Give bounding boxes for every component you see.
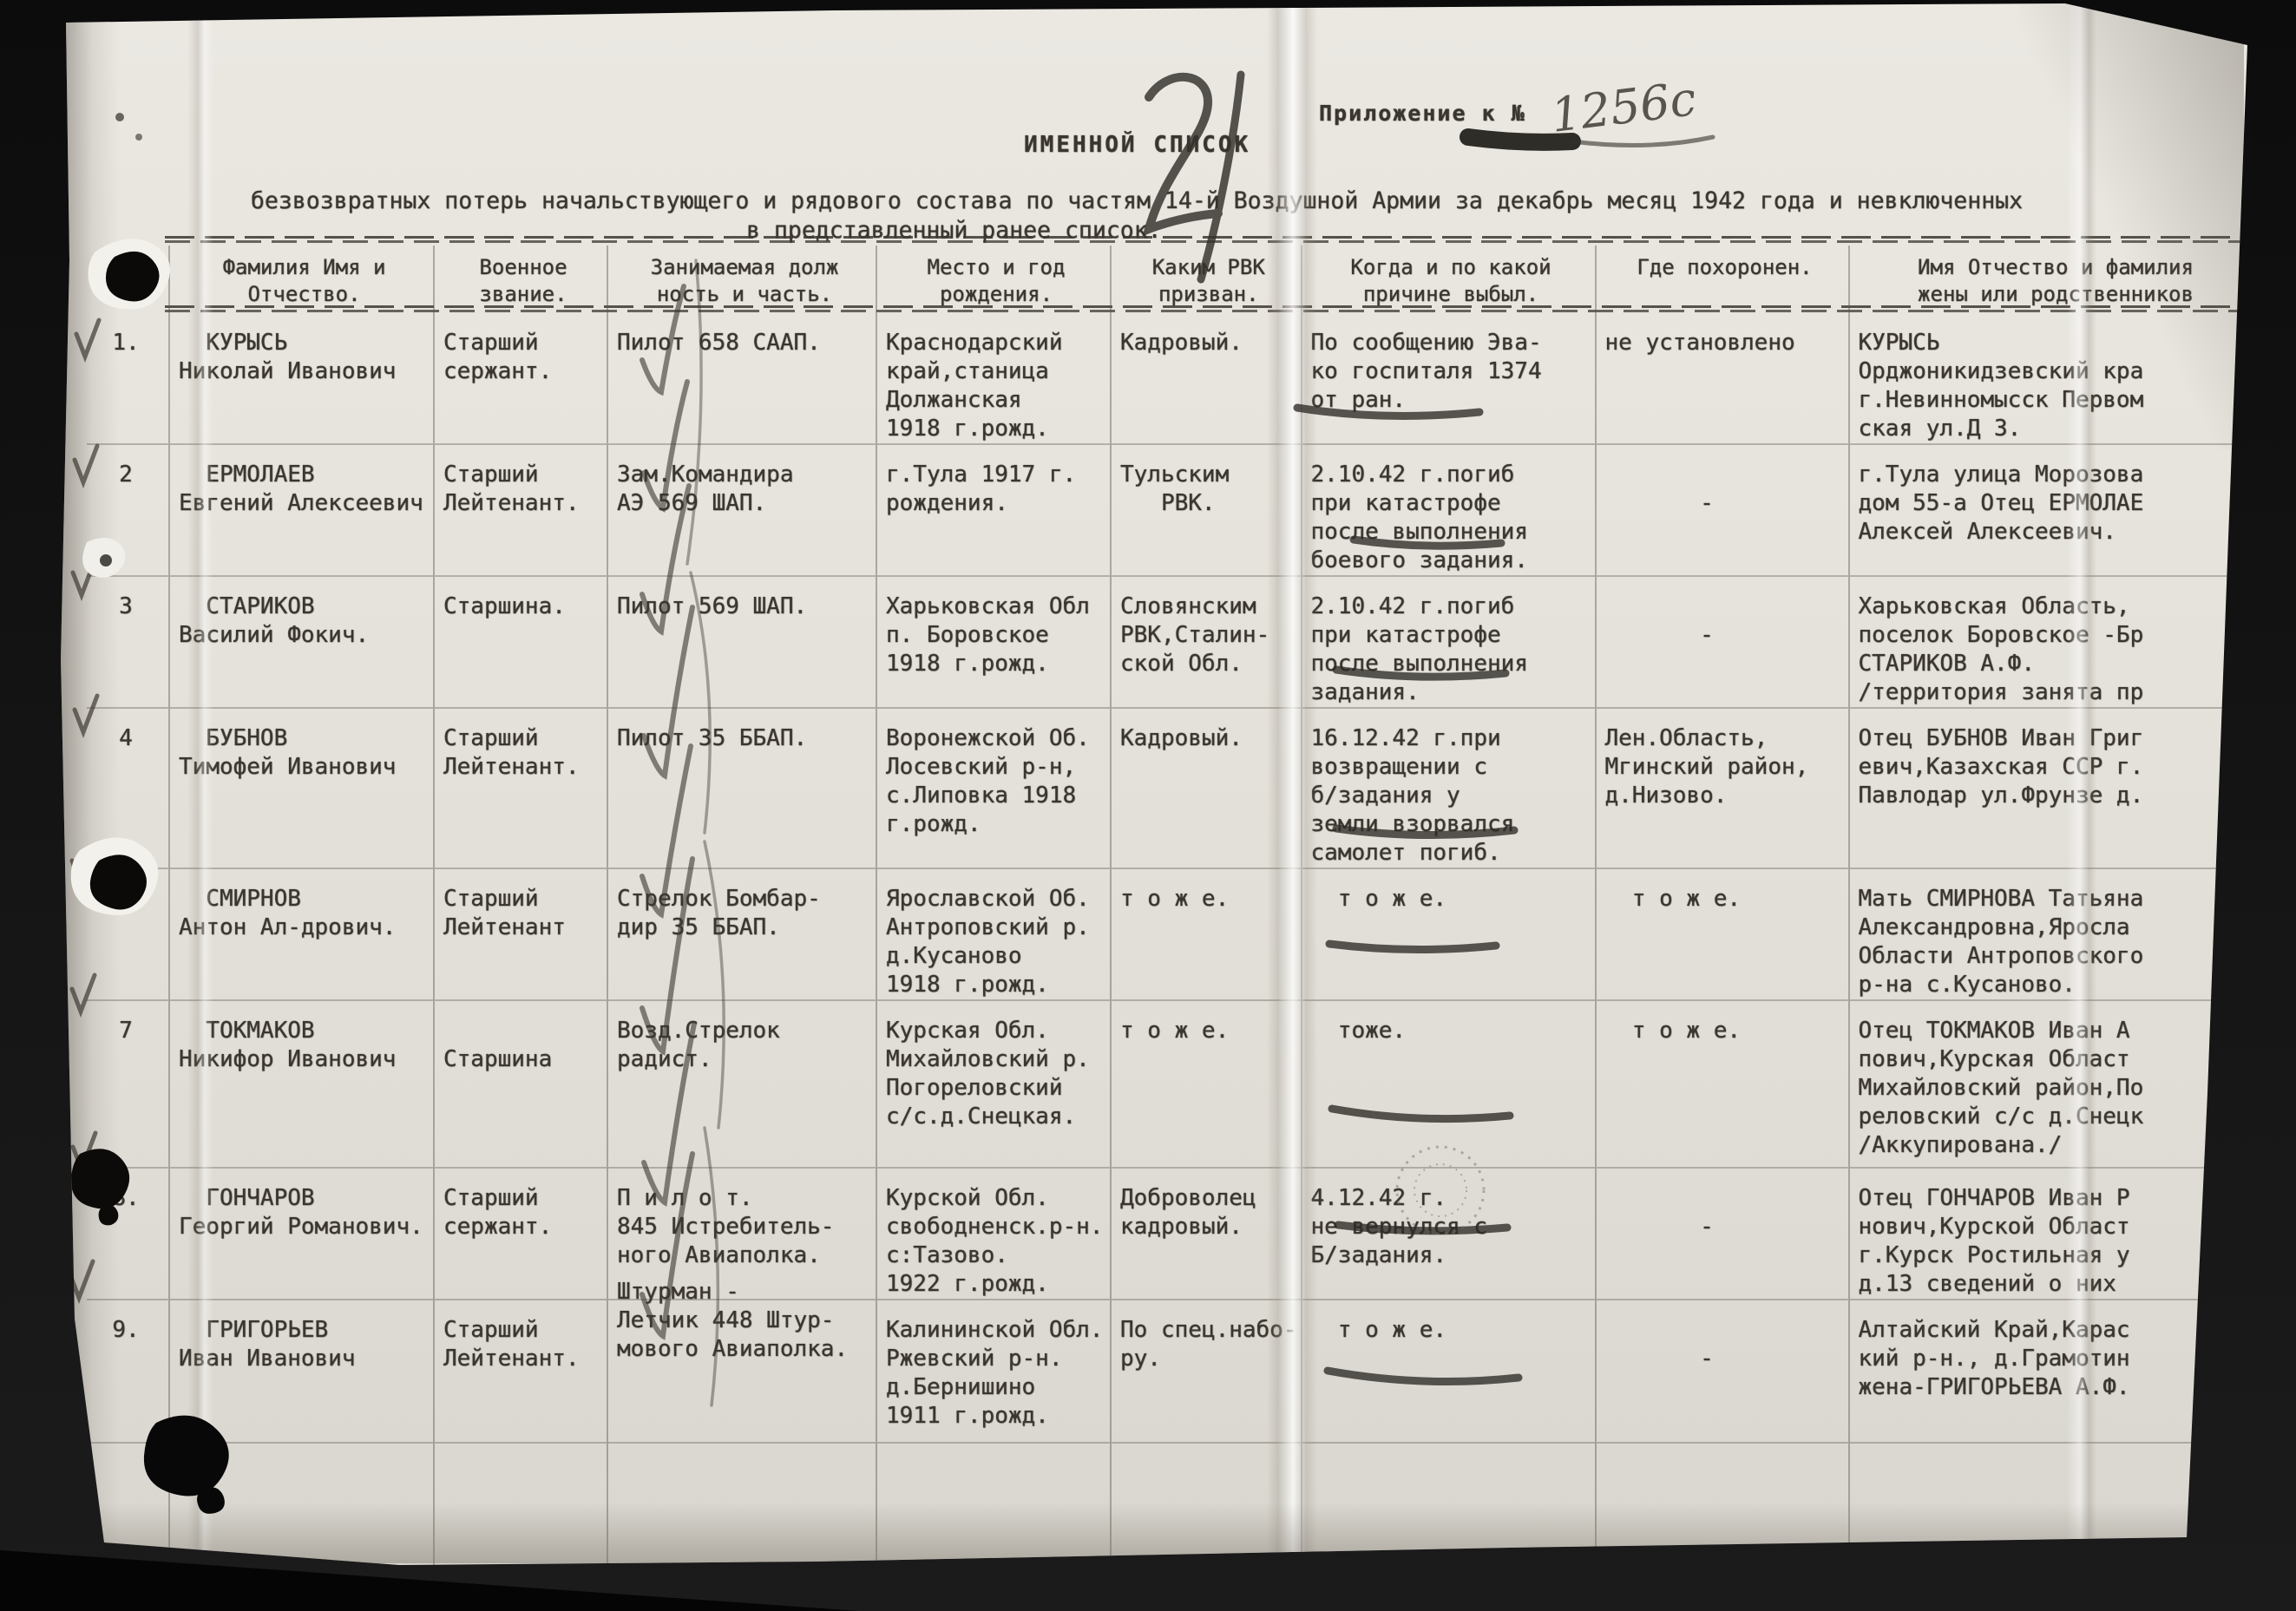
cell-name: ТОКМАКОВ Никифор Иванович: [169, 1000, 434, 1168]
cell-fate: По сообщению Эва- ко госпиталя 1374 от р…: [1302, 313, 1596, 444]
cell-position: Стрелок Бомбар- дир 35 ББАП.: [607, 868, 876, 1000]
cell-burial: -: [1596, 1300, 1849, 1443]
table-row: СМИРНОВ Антон Ал-дрович. Старший Лейтена…: [87, 868, 2257, 1000]
cell-name: ГОНЧАРОВ Георгий Романович.: [169, 1168, 434, 1300]
col-header-name: Фамилия Имя и Отчество.: [169, 246, 434, 313]
cell-number: 1.: [87, 313, 169, 444]
cell-draft: Тульским РВК.: [1111, 444, 1302, 576]
cell-family: Отец ТОКМАКОВ Иван А пович,Курская Облас…: [1849, 1000, 2257, 1168]
cell-rank: Старший Лейтенант: [434, 868, 607, 1000]
ink-smear: [1468, 137, 1713, 145]
cell-draft: Кадровый.: [1111, 708, 1302, 868]
col-header-fate: Когда и по какой причине выбыл.: [1302, 246, 1596, 313]
cell-number: 3: [87, 576, 169, 708]
table-row: 7 ТОКМАКОВ Никифор Иванович Старшина Воз…: [87, 1000, 2257, 1168]
cell-rank: Старший Лейтенант.: [434, 1300, 607, 1443]
table-empty-row: [87, 1443, 2257, 1599]
cell-number: 2: [87, 444, 169, 576]
annex-label: Приложение к №: [1319, 101, 1526, 126]
cell-name: ЕРМОЛАЕВ Евгений Алексеевич: [169, 444, 434, 576]
cell-draft: Кадровый.: [1111, 313, 1302, 444]
col-header-rank: Военное звание.: [434, 246, 607, 313]
table-row: 9. ГРИГОРЬЕВ Иван Иванович Старший Лейте…: [87, 1300, 2257, 1443]
table-row: 1. КУРЫСЬ Николай Иванович Старший сержа…: [87, 313, 2257, 444]
cell-burial: Лен.Область, Мгинский район, д.Низово.: [1596, 708, 1849, 868]
cell-draft: Словянским РВК,Сталин- ской Обл.: [1111, 576, 1302, 708]
cell-number: 8.: [87, 1168, 169, 1300]
document-page: Приложение к № ИМЕННОЙ СПИСОК безвозврат…: [35, 0, 2261, 1588]
page-title: ИМЕННОЙ СПИСОК: [1024, 132, 1250, 158]
cell-fate: т о ж е.: [1302, 868, 1596, 1000]
cell-rank: Старший сержант.: [434, 313, 607, 444]
cell-burial: т о ж е.: [1596, 868, 1849, 1000]
cell-family: Алтайский Край,Карас кий р-н., д.Грамоти…: [1849, 1300, 2257, 1443]
cell-birth: г.Тула 1917 г. рождения.: [876, 444, 1111, 576]
cell-burial: т о ж е.: [1596, 1000, 1849, 1168]
cell-family: Харьковская Область, поселок Боровское -…: [1849, 576, 2257, 708]
cell-rank: Старшина: [434, 1000, 607, 1168]
cell-rank: Старшина.: [434, 576, 607, 708]
cell-burial: не установлено: [1596, 313, 1849, 444]
cell-position: Пилот 35 ББАП.: [607, 708, 876, 868]
cell-draft: т о ж е.: [1111, 1000, 1302, 1168]
cell-burial: -: [1596, 1168, 1849, 1300]
cell-birth: Краснодарский край,станица Должанская 19…: [876, 313, 1111, 444]
table-row: 2 ЕРМОЛАЕВ Евгений Алексеевич Старший Ле…: [87, 444, 2257, 576]
cell-fate: т о ж е.: [1302, 1300, 1596, 1443]
cell-fate: 16.12.42 г.при возвращении с б/задания у…: [1302, 708, 1596, 868]
cell-family: КУРЫСЬ Орджоникидзевский кра г.Невинномы…: [1849, 313, 2257, 444]
table-header-row: № п.п. Фамилия Имя и Отчество. Военное з…: [87, 246, 2257, 313]
table-top-rule: [165, 236, 2244, 243]
cell-position-text: Штурман - Летчик 448 Штур- мового Авиапо…: [617, 1278, 872, 1364]
cell-rank: Старший Лейтенант.: [434, 708, 607, 868]
cell-rank: Старший Лейтенант.: [434, 444, 607, 576]
subtitle-line-1: безвозвратных потерь начальствующего и р…: [187, 187, 2087, 214]
cell-position: Пилот 658 СААП.: [607, 313, 876, 444]
cell-birth: Ярославской Об. Антроповский р. д.Кусано…: [876, 868, 1111, 1000]
cell-position: Штурман - Летчик 448 Штур- мового Авиапо…: [607, 1300, 876, 1443]
col-header-number: № п.п.: [87, 246, 169, 313]
cell-number: 4: [87, 708, 169, 868]
cell-family: Мать СМИРНОВА Татьяна Александровна,Ярос…: [1849, 868, 2257, 1000]
cell-family: Отец БУБНОВ Иван Григ евич,Казахская ССР…: [1849, 708, 2257, 868]
cell-draft: По спец.набо- ру.: [1111, 1300, 1302, 1443]
cell-draft: Доброволец кадровый.: [1111, 1168, 1302, 1300]
cell-rank: Старший сержант.: [434, 1168, 607, 1300]
col-header-burial: Где похоронен.: [1596, 246, 1849, 313]
cell-name: КУРЫСЬ Николай Иванович: [169, 313, 434, 444]
cell-family: Отец ГОНЧАРОВ Иван Р нович,Курской Облас…: [1849, 1168, 2257, 1300]
cell-name: ГРИГОРЬЕВ Иван Иванович: [169, 1300, 434, 1443]
cell-number: [87, 868, 169, 1000]
col-header-family: Имя Отчество и фамилия жены или родствен…: [1849, 246, 2257, 313]
col-header-draft: Каким РВК призван.: [1111, 246, 1302, 313]
cell-burial: -: [1596, 444, 1849, 576]
cell-fate: 2.10.42 г.погиб при катастрофе после вып…: [1302, 576, 1596, 708]
cell-birth: Воронежской Об. Лосевский р-н, с.Липовка…: [876, 708, 1111, 868]
cell-name: СМИРНОВ Антон Ал-дрович.: [169, 868, 434, 1000]
cell-name: БУБНОВ Тимофей Иванович: [169, 708, 434, 868]
table-row: 4 БУБНОВ Тимофей Иванович Старший Лейтен…: [87, 708, 2257, 868]
cell-birth: Харьковская Обл п. Боровское 1918 г.рожд…: [876, 576, 1111, 708]
cell-fate: 4.12.42 г. не вернулся с Б/задания.: [1302, 1168, 1596, 1300]
col-header-birth: Место и год рождения.: [876, 246, 1111, 313]
cell-position: Зам.Командира АЭ 569 ШАП.: [607, 444, 876, 576]
table-row: 8. ГОНЧАРОВ Георгий Романович. Старший с…: [87, 1168, 2257, 1300]
cell-number: 7: [87, 1000, 169, 1168]
cell-name: СТАРИКОВ Василий Фокич.: [169, 576, 434, 708]
cell-number: 9.: [87, 1300, 169, 1443]
cell-birth: Курской Обл. свободненск.р-н. с:Тазово. …: [876, 1168, 1111, 1300]
cell-fate: тоже.: [1302, 1000, 1596, 1168]
cell-birth: Курская Обл. Михайловский р. Погореловск…: [876, 1000, 1111, 1168]
cell-position: Возд.Стрелок радист.: [607, 1000, 876, 1168]
cell-burial: -: [1596, 576, 1849, 708]
cell-fate: 2.10.42 г.погиб при катастрофе после вып…: [1302, 444, 1596, 576]
cell-draft: т о ж е.: [1111, 868, 1302, 1000]
scan-background: Приложение к № ИМЕННОЙ СПИСОК безвозврат…: [0, 0, 2296, 1611]
cell-family: г.Тула улица Морозова дом 55-а Отец ЕРМО…: [1849, 444, 2257, 576]
annex-number-handwritten: 1256с: [1548, 71, 1699, 143]
casualty-table: № п.п. Фамилия Имя и Отчество. Военное з…: [87, 246, 2257, 1599]
table-row: 3 СТАРИКОВ Василий Фокич. Старшина. Пило…: [87, 576, 2257, 708]
cell-position: Пилот 569 ШАП.: [607, 576, 876, 708]
cell-birth: Калининской Обл. Ржевский р-н. д.Берниши…: [876, 1300, 1111, 1443]
col-header-position: Занимаемая долж ность и часть.: [607, 246, 876, 313]
